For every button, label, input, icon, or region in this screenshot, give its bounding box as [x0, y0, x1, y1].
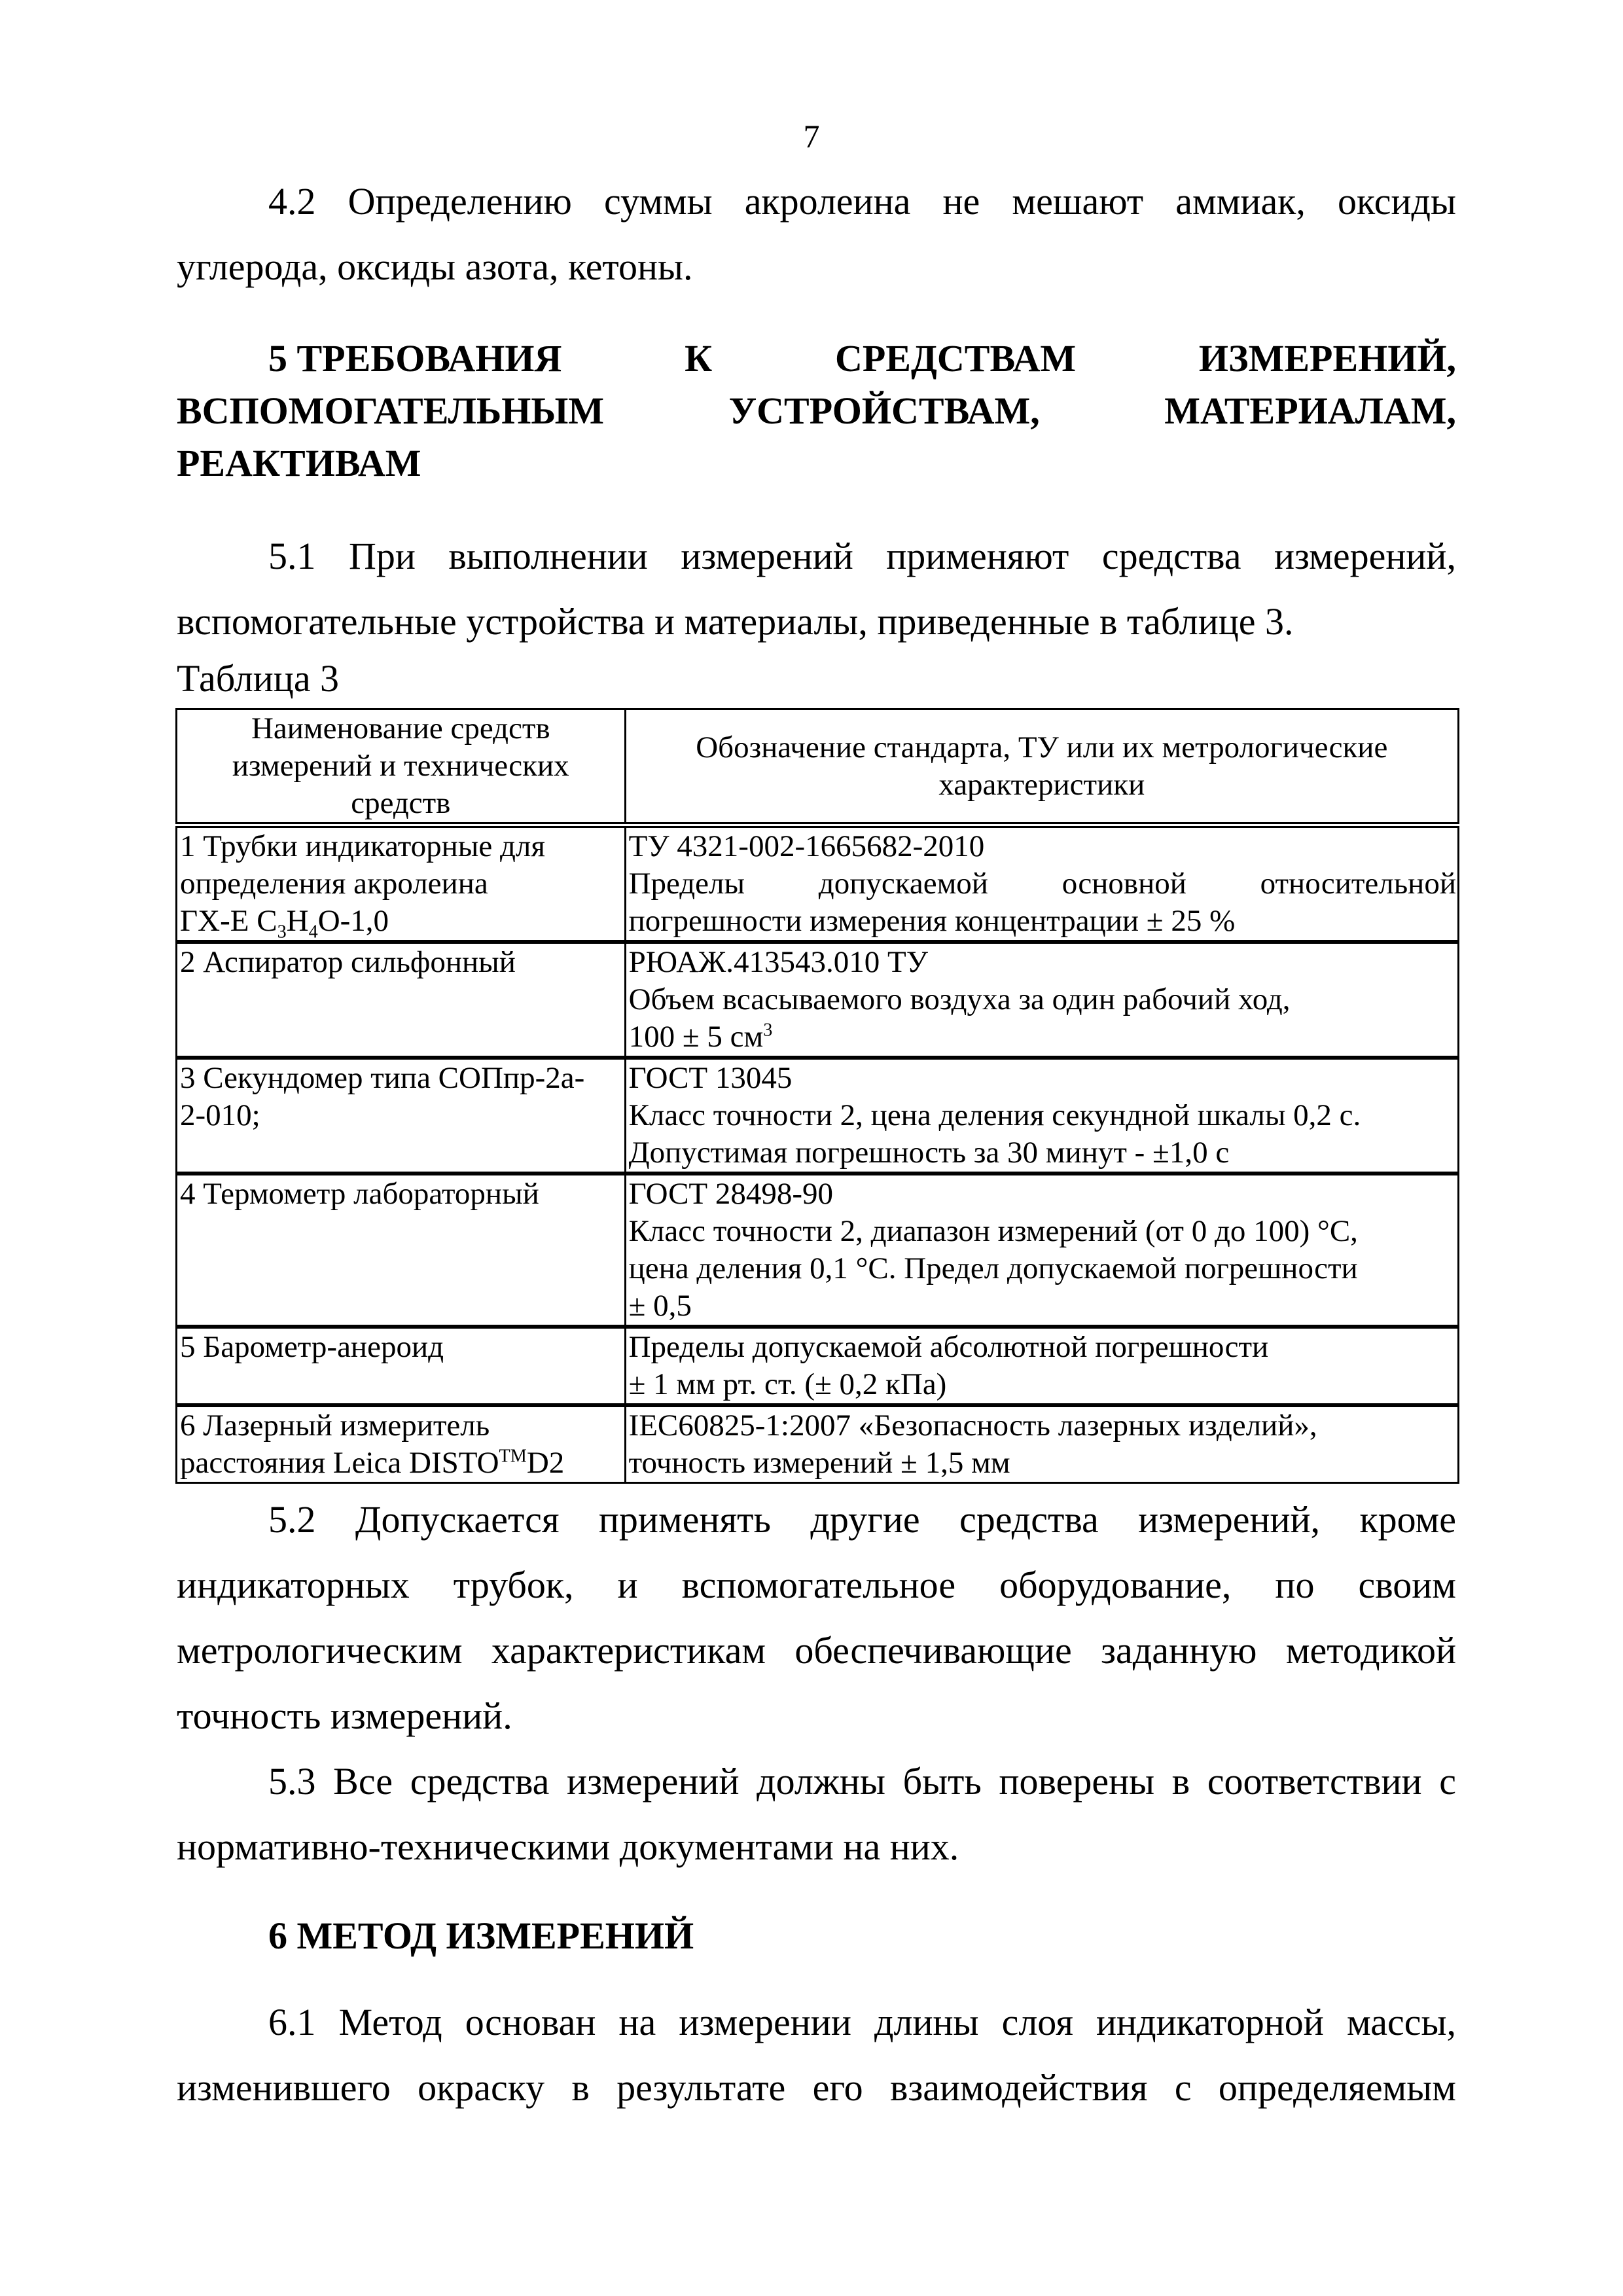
word: измерений — [567, 1749, 739, 1814]
paragraph-6-1-line1: 6.1Методоснованнаизмерениидлиныслояиндик… — [268, 1990, 1456, 2055]
header-equipment-name: Наименование средств измерений и техниче… — [177, 709, 626, 825]
word: Определению — [348, 169, 572, 234]
word: определяемым — [1219, 2055, 1456, 2121]
word: обеспечивающие — [794, 1618, 1071, 1683]
paragraph-5-1-line1: 5.1Привыполненииизмеренийприменяютсредст… — [268, 524, 1456, 589]
paragraph-5-2-line2: индикаторныхтрубок,ивспомогательноеобору… — [177, 1552, 1456, 1618]
word: поверены — [999, 1749, 1155, 1814]
word: суммы — [604, 169, 713, 234]
word: не — [942, 169, 980, 234]
word: длины — [874, 1990, 979, 2055]
word: средства — [959, 1487, 1099, 1552]
word: своим — [1359, 1552, 1456, 1618]
word: вспомогательное — [682, 1552, 955, 1618]
spec-cell: Пределы допускаемой абсолютной погрешнос… — [625, 1327, 1458, 1405]
paragraph-6-1-line2: изменившегоокраскуврезультатееговзаимоде… — [177, 2055, 1456, 2121]
word: 4.2 — [268, 169, 316, 234]
equipment-table: Наименование средств измерений и техниче… — [175, 708, 1459, 1484]
word: Все — [333, 1749, 393, 1814]
section-5-heading-line3: РЕАКТИВАМ — [177, 437, 1456, 490]
paragraph-5-2-line4: точность измерений. — [177, 1683, 1456, 1749]
paragraph-5-2-line1: 5.2Допускаетсяприменятьдругиесредстваизм… — [268, 1487, 1456, 1552]
word: 6.1 — [268, 1990, 316, 2055]
word: ВСПОМОГАТЕЛЬНЫМ — [177, 385, 604, 437]
word: измерений, — [1138, 1487, 1320, 1552]
spec-cell: РЮАЖ.413543.010 ТУ Объем всасываемого во… — [625, 942, 1458, 1058]
paragraph-5-3-line1: 5.3Всесредстваизмеренийдолжныбытьповерен… — [268, 1749, 1456, 1814]
equipment-name-cell: 2 Аспиратор сильфонный — [177, 942, 626, 1058]
word: применять — [599, 1487, 771, 1552]
table-row: 2 Аспиратор сильфонный РЮАЖ.413543.010 Т… — [177, 942, 1459, 1058]
word: акролеина — [745, 169, 911, 234]
word: Метод — [339, 1990, 442, 2055]
word: 5.3 — [268, 1749, 316, 1814]
spec-cell: ТУ 4321-002-1665682-2010 Пределыдопускае… — [625, 825, 1458, 942]
word: окраску — [418, 2055, 544, 2121]
paragraph-4-2-line1: 4.2Определениюсуммыакролеинанемешаютамми… — [268, 169, 1456, 234]
word: применяют — [886, 524, 1069, 589]
word: Пределы — [629, 865, 745, 903]
word: массы, — [1347, 1990, 1456, 2055]
equipment-name-cell: 4 Термометр лабораторный — [177, 1174, 626, 1327]
trademark-name: расстояния Leica DISTOTMD2 — [180, 1444, 623, 1482]
word: в — [571, 2055, 589, 2121]
spec-cell: ГОСТ 13045 Класс точности 2, цена делени… — [625, 1058, 1458, 1174]
word: по — [1275, 1552, 1314, 1618]
section-5-heading-line2: ВСПОМОГАТЕЛЬНЫМУСТРОЙСТВАМ,МАТЕРИАЛАМ, — [177, 385, 1456, 437]
word: аммиак, — [1175, 169, 1306, 234]
equipment-name-cell: 5 Барометр-анероид — [177, 1327, 626, 1405]
word: измерений — [681, 524, 853, 589]
word: При — [349, 524, 416, 589]
word: выполнении — [448, 524, 647, 589]
word: Допускается — [355, 1487, 560, 1552]
word: соответствии — [1207, 1749, 1422, 1814]
word: относительной — [1260, 865, 1456, 903]
word: средства — [410, 1749, 550, 1814]
spec-cell: ГОСТ 28498-90 Класс точности 2, диапазон… — [625, 1174, 1458, 1327]
word: на — [619, 1990, 656, 2055]
word: трубок, — [454, 1552, 574, 1618]
paragraph-5-3-line2: нормативно-техническими документами на н… — [177, 1814, 1456, 1880]
word: результате — [616, 2055, 785, 2121]
table-caption: Таблица 3 — [177, 656, 339, 702]
chemical-formula: ГХ-Е C3H4O-1,0 — [180, 903, 623, 940]
word: оборудование, — [999, 1552, 1231, 1618]
paragraph-5-1-line2: вспомогательные устройства и материалы, … — [177, 589, 1456, 655]
table-row: 1 Трубки индикаторные для определения ак… — [177, 825, 1459, 942]
section-6-heading: 6 МЕТОД ИЗМЕРЕНИЙ — [268, 1910, 1456, 1962]
word: индикаторных — [177, 1552, 410, 1618]
equipment-name-cell: 3 Секундомер типа СОПпр-2а- 2-010; — [177, 1058, 626, 1174]
equipment-name-cell: 1 Трубки индикаторные для определения ак… — [177, 825, 626, 942]
word: оксиды — [1338, 169, 1456, 234]
word: измерений, — [1274, 524, 1456, 589]
table-row: 6 Лазерный измеритель расстояния Leica D… — [177, 1405, 1459, 1483]
word: УСТРОЙСТВАМ, — [729, 385, 1040, 437]
word: с — [1175, 2055, 1192, 2121]
paragraph-4-2-line2: углерода, оксиды азота, кетоны. — [177, 234, 1456, 300]
word: кроме — [1359, 1487, 1456, 1552]
word: К — [685, 332, 712, 385]
word: другие — [810, 1487, 919, 1552]
word: МАТЕРИАЛАМ, — [1164, 385, 1456, 437]
word: заданную — [1101, 1618, 1257, 1683]
word: его — [813, 2055, 863, 2121]
word: допускаемой — [819, 865, 988, 903]
word: метрологическим — [177, 1618, 463, 1683]
table-header-row: Наименование средств измерений и техниче… — [177, 709, 1459, 825]
word: ИЗМЕРЕНИЙ, — [1199, 332, 1456, 385]
table-row: 5 Барометр-анероид Пределы допускаемой а… — [177, 1327, 1459, 1405]
word: с — [1439, 1749, 1456, 1814]
table-row: 3 Секундомер типа СОПпр-2а- 2-010; ГОСТ … — [177, 1058, 1459, 1174]
word: быть — [903, 1749, 982, 1814]
word: 5 ТРЕБОВАНИЯ — [268, 332, 562, 385]
word: в — [1172, 1749, 1190, 1814]
word: основан — [465, 1990, 596, 2055]
word: должны — [757, 1749, 885, 1814]
word: 5.1 — [268, 524, 316, 589]
table-row: 4 Термометр лабораторный ГОСТ 28498-90 К… — [177, 1174, 1459, 1327]
header-standard-spec: Обозначение стандарта, ТУ или их метроло… — [625, 709, 1458, 825]
word: характеристикам — [491, 1618, 766, 1683]
word: слоя — [1002, 1990, 1073, 2055]
spec-cell: IEC60825-1:2007 «Безопасность лазерных и… — [625, 1405, 1458, 1483]
word: методикой — [1286, 1618, 1456, 1683]
word: индикаторной — [1096, 1990, 1324, 2055]
page-number: 7 — [0, 117, 1623, 156]
paragraph-5-2-line3: метрологическимхарактеристикамобеспечива… — [177, 1618, 1456, 1683]
section-5-heading-line1: 5 ТРЕБОВАНИЯКСРЕДСТВАМИЗМЕРЕНИЙ, — [268, 332, 1456, 385]
word: мешают — [1012, 169, 1143, 234]
word: и — [618, 1552, 638, 1618]
word: основной — [1062, 865, 1186, 903]
word: 5.2 — [268, 1487, 316, 1552]
word: средства — [1102, 524, 1241, 589]
word: изменившего — [177, 2055, 391, 2121]
equipment-name-cell: 6 Лазерный измеритель расстояния Leica D… — [177, 1405, 626, 1483]
word: СРЕДСТВАМ — [835, 332, 1076, 385]
word: измерении — [679, 1990, 851, 2055]
word: взаимодействия — [890, 2055, 1148, 2121]
